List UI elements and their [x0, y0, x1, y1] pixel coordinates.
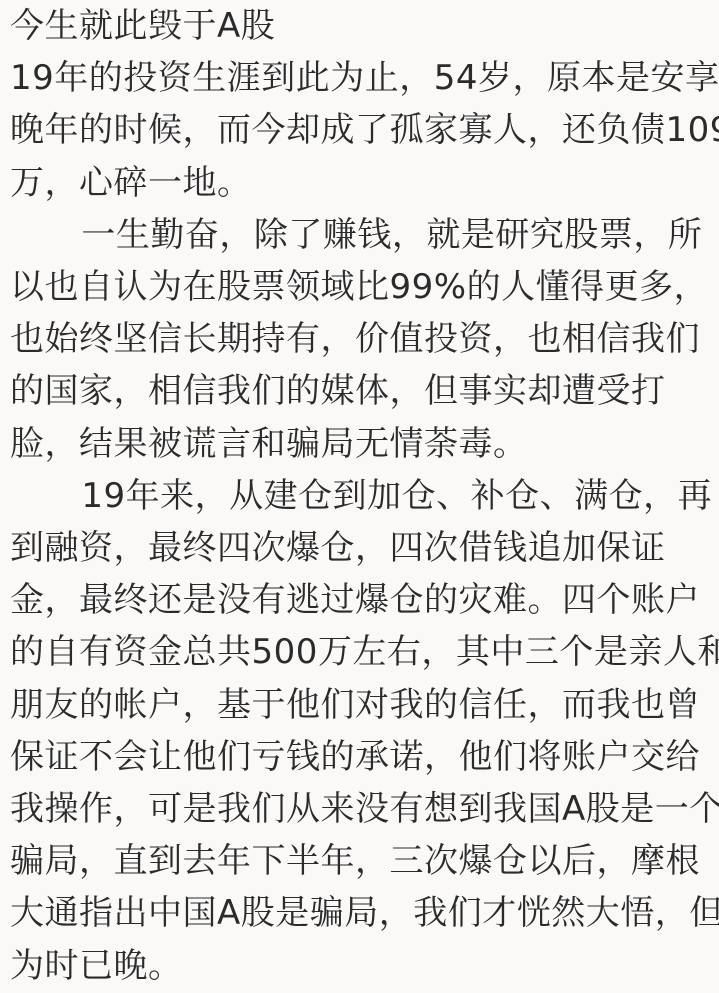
text-line: 万，心碎一地。 [10, 157, 713, 209]
paragraph-19-years: 19年来，从建仓到加仓、补仓、满仓，再 到融资，最终四次爆仓，四次借钱追加保证 … [10, 470, 713, 992]
article-text: 今生就此毁于A股 19年的投资生涯到此为止，54岁，原本是安享 晚年的时候，而今… [0, 0, 719, 993]
paragraph-diligence: 一生勤奋，除了赚钱，就是研究股票，所 以也自认为在股票领域比99%的人懂得更多，… [10, 209, 713, 470]
text-line: 一生勤奋，除了赚钱，就是研究股票，所 [10, 209, 713, 261]
text-line: 的自有资金总共500万左右，其中三个是亲人和 [10, 626, 713, 678]
text-line: 以也自认为在股票领域比99%的人懂得更多， [10, 261, 713, 313]
text-line: 骗局，直到去年下半年，三次爆仓以后，摩根 [10, 835, 713, 887]
text-line: 的国家，相信我们的媒体，但事实却遭受打 [10, 365, 713, 417]
text-line: 为时已晚。 [10, 940, 713, 992]
text-line: 晚年的时候，而今却成了孤家寡人，还负债109 [10, 104, 713, 156]
text-line: 19年的投资生涯到此为止，54岁，原本是安享 [10, 52, 713, 104]
text-line: 我操作，可是我们从来没有想到我国A股是一个 [10, 783, 713, 835]
text-line: 到融资，最终四次爆仓，四次借钱追加保证 [10, 522, 713, 574]
text-line: 朋友的帐户，基于他们对我的信任，而我也曾 [10, 679, 713, 731]
text-line: 金，最终还是没有逃过爆仓的灾难。四个账户 [10, 574, 713, 626]
page: { "page": { "background_color": "#faf9f8… [0, 0, 719, 993]
text-line: 19年来，从建仓到加仓、补仓、满仓，再 [10, 470, 713, 522]
text-line: 也始终坚信长期持有，价值投资，也相信我们 [10, 313, 713, 365]
paragraph-intro: 19年的投资生涯到此为止，54岁，原本是安享 晚年的时候，而今却成了孤家寡人，还… [10, 52, 713, 209]
text-line: 大通指出中国A股是骗局，我们才恍然大悟，但 [10, 887, 713, 939]
article-title: 今生就此毁于A股 [10, 0, 713, 52]
text-line: 脸，结果被谎言和骗局无情荼毒。 [10, 418, 713, 470]
text-line: 保证不会让他们亏钱的承诺，他们将账户交给 [10, 731, 713, 783]
